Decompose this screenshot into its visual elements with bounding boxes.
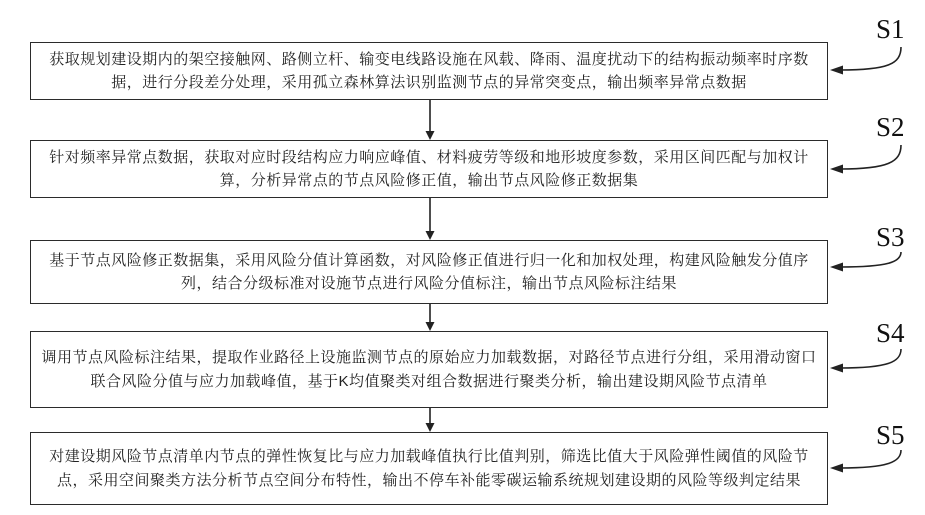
step-connector-s4 — [840, 349, 901, 368]
down-arrowhead-2 — [426, 231, 435, 240]
step-connector-s1 — [840, 47, 901, 70]
connector-arrowhead-s4 — [830, 364, 843, 373]
flow-step-box-s1: 获取规划建设期内的架空接触网、路侧立杆、输变电线路设施在风载、降雨、温度扰动下的… — [30, 42, 828, 100]
flow-step-text-s4: 调用节点风险标注结果，提取作业路径上设施监测节点的原始应力加载数据，对路径节点进… — [31, 344, 827, 395]
step-connector-s5 — [840, 450, 901, 468]
step-connector-s3 — [840, 252, 901, 267]
flow-step-text-s1: 获取规划建设期内的架空接触网、路侧立杆、输变电线路设施在风载、降雨、温度扰动下的… — [31, 46, 827, 97]
down-arrowhead-3 — [426, 322, 435, 331]
step-label-s5: S5 — [876, 420, 924, 451]
step-label-s3: S3 — [876, 222, 924, 253]
down-arrowhead-1 — [426, 131, 435, 140]
connector-arrowhead-s5 — [830, 464, 843, 473]
connector-arrowhead-s2 — [830, 165, 843, 174]
connector-arrowhead-s3 — [830, 263, 843, 272]
step-connector-s2 — [840, 145, 901, 169]
flow-step-box-s3: 基于节点风险修正数据集，采用风险分值计算函数，对风险修正值进行归一化和加权处理，… — [30, 240, 828, 304]
step-label-s1: S1 — [876, 14, 924, 45]
flow-step-box-s2: 针对频率异常点数据，获取对应时段结构应力响应峰值、材料疲劳等级和地形坡度参数，采… — [30, 140, 828, 198]
flowchart-canvas: 获取规划建设期内的架空接触网、路侧立杆、输变电线路设施在风载、降雨、温度扰动下的… — [0, 0, 925, 515]
down-arrowhead-4 — [426, 423, 435, 432]
flow-step-text-s3: 基于节点风险修正数据集，采用风险分值计算函数，对风险修正值进行归一化和加权处理，… — [31, 247, 827, 298]
flow-step-box-s5: 对建设期风险节点清单内节点的弹性恢复比与应力加载峰值执行比值判别，筛选比值大于风… — [30, 432, 828, 505]
step-label-s4: S4 — [876, 318, 924, 349]
step-label-s2: S2 — [876, 112, 924, 143]
flow-step-box-s4: 调用节点风险标注结果，提取作业路径上设施监测节点的原始应力加载数据，对路径节点进… — [30, 331, 828, 408]
flow-step-text-s5: 对建设期风险节点清单内节点的弹性恢复比与应力加载峰值执行比值判别，筛选比值大于风… — [31, 443, 827, 494]
flow-step-text-s2: 针对频率异常点数据，获取对应时段结构应力响应峰值、材料疲劳等级和地形坡度参数，采… — [31, 144, 827, 195]
connector-arrowhead-s1 — [830, 66, 843, 75]
